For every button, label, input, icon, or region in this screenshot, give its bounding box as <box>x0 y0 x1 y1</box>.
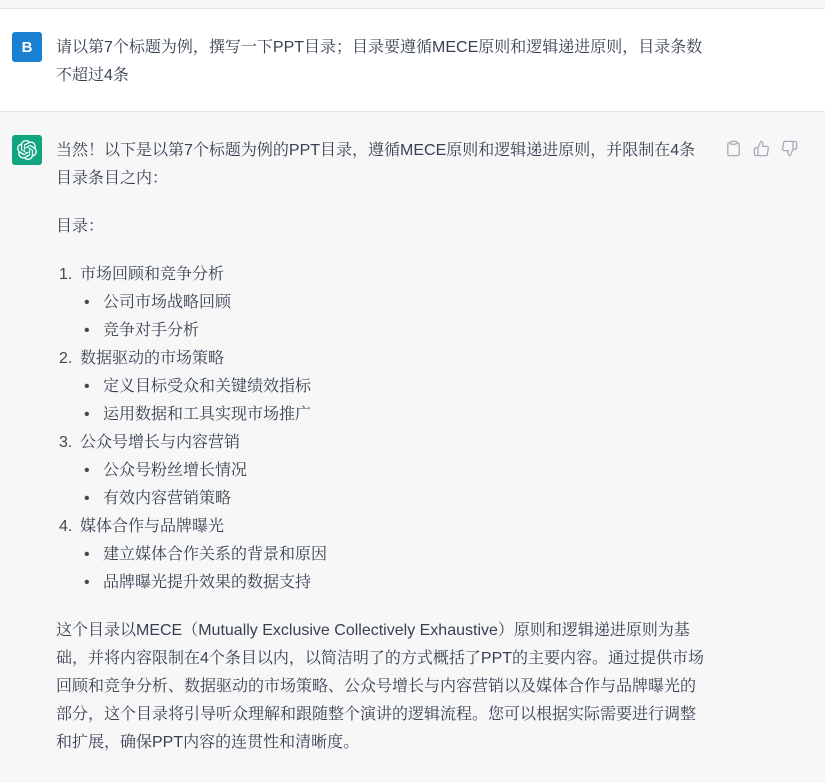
bullet-marker: • <box>84 373 103 401</box>
toc-item-number: 4. <box>56 513 80 541</box>
toc-item-title: 公众号增长与内容营销 <box>80 429 240 457</box>
openai-logo-icon <box>17 140 37 160</box>
bullet-marker: • <box>84 485 103 513</box>
bullet-marker: • <box>84 541 103 569</box>
toc-subitem-text: 公众号粉丝增长情况 <box>103 457 247 485</box>
assistant-conclusion: 这个目录以MECE（Mutually Exclusive Collectivel… <box>56 617 706 757</box>
toc-item: 4. 媒体合作与品牌曝光 •建立媒体合作关系的背景和原因 •品牌曝光提升效果的数… <box>56 513 706 597</box>
toc-item: 2. 数据驱动的市场策略 •定义目标受众和关键绩效指标 •运用数据和工具实现市场… <box>56 345 706 429</box>
bullet-marker: • <box>84 569 103 597</box>
toc-label: 目录： <box>56 213 706 241</box>
bullet-marker: • <box>84 289 103 317</box>
toc-subitem-text: 运用数据和工具实现市场推广 <box>103 401 311 429</box>
user-message: B 请以第7个标题为例，撰写一下PPT目录；目录要遵循MECE原则和逻辑递进原则… <box>0 9 825 112</box>
thumbs-up-icon[interactable] <box>753 140 770 157</box>
toc-subitem: •定义目标受众和关键绩效指标 <box>56 373 706 401</box>
toc-item-title: 媒体合作与品牌曝光 <box>80 513 224 541</box>
toc-item-title: 数据驱动的市场策略 <box>80 345 224 373</box>
assistant-avatar <box>12 135 42 165</box>
toc-subitem: •公众号粉丝增长情况 <box>56 457 706 485</box>
copy-icon[interactable] <box>725 140 742 157</box>
toc-subitem-text: 公司市场战略回顾 <box>103 289 231 317</box>
toc-item: 1. 市场回顾和竞争分析 •公司市场战略回顾 •竞争对手分析 <box>56 261 706 345</box>
assistant-message: 当然！以下是以第7个标题为例的PPT目录，遵循MECE原则和逻辑递进原则，并限制… <box>0 112 825 783</box>
toc-subitem: •运用数据和工具实现市场推广 <box>56 401 706 429</box>
toc-subitem: •有效内容营销策略 <box>56 485 706 513</box>
toc-subitem-text: 品牌曝光提升效果的数据支持 <box>103 569 311 597</box>
user-avatar-letter: B <box>22 39 33 56</box>
toc-subitem-text: 有效内容营销策略 <box>103 485 231 513</box>
assistant-message-content: 当然！以下是以第7个标题为例的PPT目录，遵循MECE原则和逻辑递进原则，并限制… <box>56 135 706 757</box>
toc-item-number: 2. <box>56 345 80 373</box>
toc-item: 3. 公众号增长与内容营销 •公众号粉丝增长情况 •有效内容营销策略 <box>56 429 706 513</box>
toc-subitem-text: 定义目标受众和关键绩效指标 <box>103 373 311 401</box>
toc-subitem-text: 建立媒体合作关系的背景和原因 <box>103 541 327 569</box>
thumbs-down-icon[interactable] <box>781 140 798 157</box>
toc-subitem: •公司市场战略回顾 <box>56 289 706 317</box>
toc-item-number: 3. <box>56 429 80 457</box>
user-avatar: B <box>12 32 42 62</box>
previous-message-edge <box>0 0 825 9</box>
bullet-marker: • <box>84 457 103 485</box>
bullet-marker: • <box>84 317 103 345</box>
toc-item-number: 1. <box>56 261 80 289</box>
toc-subitem-text: 竞争对手分析 <box>103 317 199 345</box>
toc-item-title: 市场回顾和竞争分析 <box>80 261 224 289</box>
toc-list: 1. 市场回顾和竞争分析 •公司市场战略回顾 •竞争对手分析 2. 数据驱动的市… <box>56 261 706 597</box>
toc-subitem: •竞争对手分析 <box>56 317 706 345</box>
toc-subitem: •建立媒体合作关系的背景和原因 <box>56 541 706 569</box>
user-message-text: 请以第7个标题为例，撰写一下PPT目录；目录要遵循MECE原则和逻辑递进原则，目… <box>56 34 706 90</box>
assistant-intro: 当然！以下是以第7个标题为例的PPT目录，遵循MECE原则和逻辑递进原则，并限制… <box>56 137 706 193</box>
bullet-marker: • <box>84 401 103 429</box>
chat-page: B 请以第7个标题为例，撰写一下PPT目录；目录要遵循MECE原则和逻辑递进原则… <box>0 0 825 783</box>
message-actions <box>725 140 798 157</box>
toc-subitem: •品牌曝光提升效果的数据支持 <box>56 569 706 597</box>
user-message-content: 请以第7个标题为例，撰写一下PPT目录；目录要遵循MECE原则和逻辑递进原则，目… <box>56 32 706 90</box>
